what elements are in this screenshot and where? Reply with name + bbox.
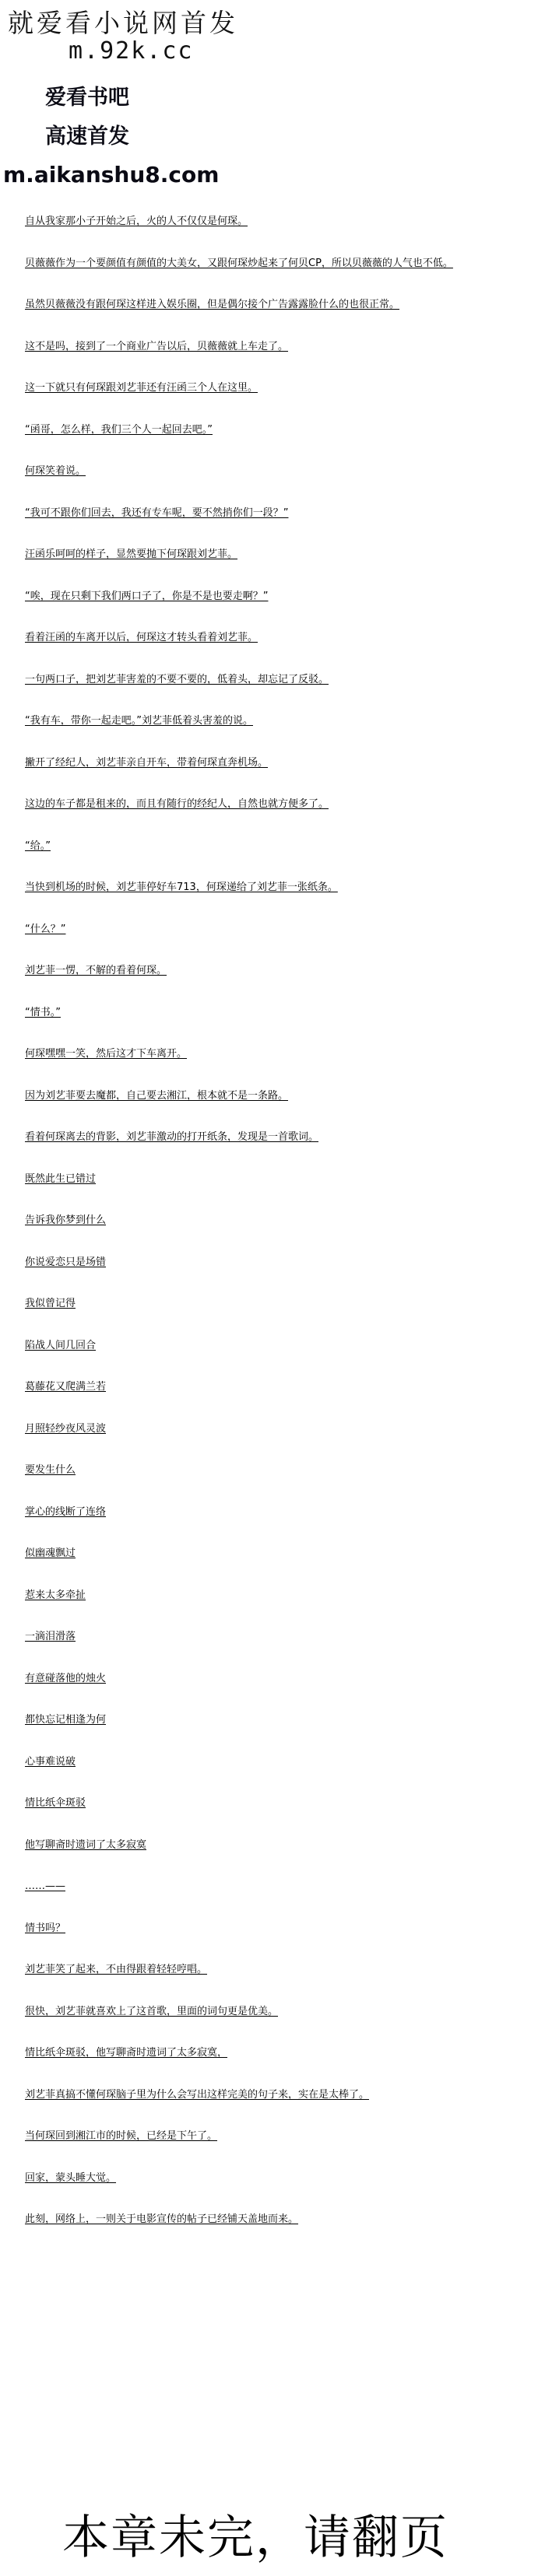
lyric-line: 月照轻纱夜风灵波: [0, 1421, 545, 1438]
paragraph: 看着汪函的车离开以后，何琛这才转头看着刘艺菲。: [0, 629, 545, 647]
paragraph: “我有车，带你一起走吧。”刘艺菲低着头害羞的说。: [0, 713, 545, 730]
paragraph: 当快到机场的时候，刘艺菲停好车713，何琛递给了刘艺菲一张纸条。: [0, 879, 545, 896]
paragraph: “给。”: [0, 838, 545, 855]
lyric-line: 有意碰落他的烛火: [0, 1670, 545, 1688]
paragraph: 这一下就只有何琛跟刘艺菲还有汪函三个人在这里。: [0, 380, 545, 397]
lyric-line: 既然此生已错过: [0, 1171, 545, 1188]
lyric-line: 似幽魂飘过: [0, 1545, 545, 1562]
lyric-line: 他写聊斋时遗词了太多寂寞: [0, 1837, 545, 1854]
lyric-line: 葛藤花又爬满兰若: [0, 1379, 545, 1396]
lyric-line: 惹来太多牵扯: [0, 1587, 545, 1604]
lyric-line: 掌心的线断了连络: [0, 1504, 545, 1521]
lyric-line: 陷战人间几回合: [0, 1337, 545, 1355]
paragraph: 回家，蒙头睡大觉。: [0, 2170, 545, 2187]
paragraph: 因为刘艺菲要去魔都，自己要去湘江，根本就不是一条路。: [0, 1088, 545, 1105]
brand-name: 爱看书吧: [45, 86, 129, 110]
chapter-continues-notice: 本章未完，请翻页: [62, 2510, 483, 2566]
paragraph: 汪函乐呵呵的样子，显然要抛下何琛跟刘艺菲。: [0, 546, 545, 563]
paragraph: “我可不跟你们回去，我还有专车呢，要不然捎你们一段？”: [0, 505, 545, 522]
watermark-site-title: 就爱看小说网首发: [8, 9, 249, 37]
paragraph: 贝薇薇作为一个要颜值有颜值的大美女，又跟何琛炒起来了何贝CP，所以贝薇薇的人气也…: [0, 255, 545, 272]
paragraph: 情比纸伞斑驳，他写聊斋时遗词了太多寂寞，: [0, 2045, 545, 2062]
brand-tagline: 高速首发: [45, 124, 129, 149]
watermark-site-url: m.92k.cc: [69, 39, 194, 64]
paragraph: 何琛笑着说。: [0, 463, 545, 480]
lyric-line: ……——: [0, 1878, 545, 1895]
lyric-line: 我似曾记得: [0, 1295, 545, 1313]
paragraph: 这边的车子都是租来的，而且有随行的经纪人，自然也就方便多了。: [0, 796, 545, 813]
paragraph: 看着何琛离去的背影，刘艺菲激动的打开纸条，发现是一首歌词。: [0, 1129, 545, 1146]
paragraph: 这不是吗，接到了一个商业广告以后，贝薇薇就上车走了。: [0, 338, 545, 356]
paragraph: “什么？”: [0, 921, 545, 938]
chapter-content: 自从我家那小子开始之后，火的人不仅仅是何琛。 贝薇薇作为一个要颜值有颜值的大美女…: [0, 213, 545, 2253]
paragraph: 此刻，网络上，一则关于电影宣传的帖子已经铺天盖地而来。: [0, 2211, 545, 2228]
paragraph: 一句两口子，把刘艺菲害羞的不要不要的，低着头，却忘记了反驳。: [0, 671, 545, 689]
brand-url: m.aikanshu8.com: [3, 162, 219, 188]
paragraph: 情书吗？: [0, 1920, 545, 1937]
lyric-line: 都快忘记相逢为何: [0, 1712, 545, 1729]
lyric-line: 一滴泪滑落: [0, 1628, 545, 1645]
lyric-line: 要发生什么: [0, 1462, 545, 1479]
paragraph: 何琛嘿嘿一笑，然后这才下车离开。: [0, 1046, 545, 1063]
paragraph: 很快，刘艺菲就喜欢上了这首歌，里面的词句更是优美。: [0, 2003, 545, 2020]
paragraph: “函哥，怎么样，我们三个人一起回去吧。”: [0, 422, 545, 439]
paragraph: 刘艺菲一愣，不解的看着何琛。: [0, 962, 545, 980]
paragraph: “唉，现在只剩下我们两口子了，你是不是也要走啊？”: [0, 588, 545, 605]
lyric-line: 情比纸伞斑驳: [0, 1795, 545, 1812]
paragraph: 虽然贝薇薇没有跟何琛这样进入娱乐圈，但是偶尔接个广告露露脸什么的也很正常。: [0, 296, 545, 314]
lyric-line: 告诉我你梦到什么: [0, 1212, 545, 1229]
paragraph: 刘艺菲笑了起来，不由得跟着轻轻哼唱。: [0, 1961, 545, 1978]
paragraph: 自从我家那小子开始之后，火的人不仅仅是何琛。: [0, 213, 545, 230]
lyric-line: 心事难说破: [0, 1754, 545, 1771]
lyric-line: 你说爱恋只是场错: [0, 1254, 545, 1271]
paragraph: “情书。”: [0, 1004, 545, 1022]
paragraph: 撇开了经纪人，刘艺菲亲自开车，带着何琛直奔机场。: [0, 755, 545, 772]
paragraph: 当何琛回到湘江市的时候，已经是下午了。: [0, 2128, 545, 2145]
paragraph: 刘艺菲真搞不懂何琛脑子里为什么会写出这样完美的句子来，实在是太棒了。: [0, 2087, 545, 2104]
